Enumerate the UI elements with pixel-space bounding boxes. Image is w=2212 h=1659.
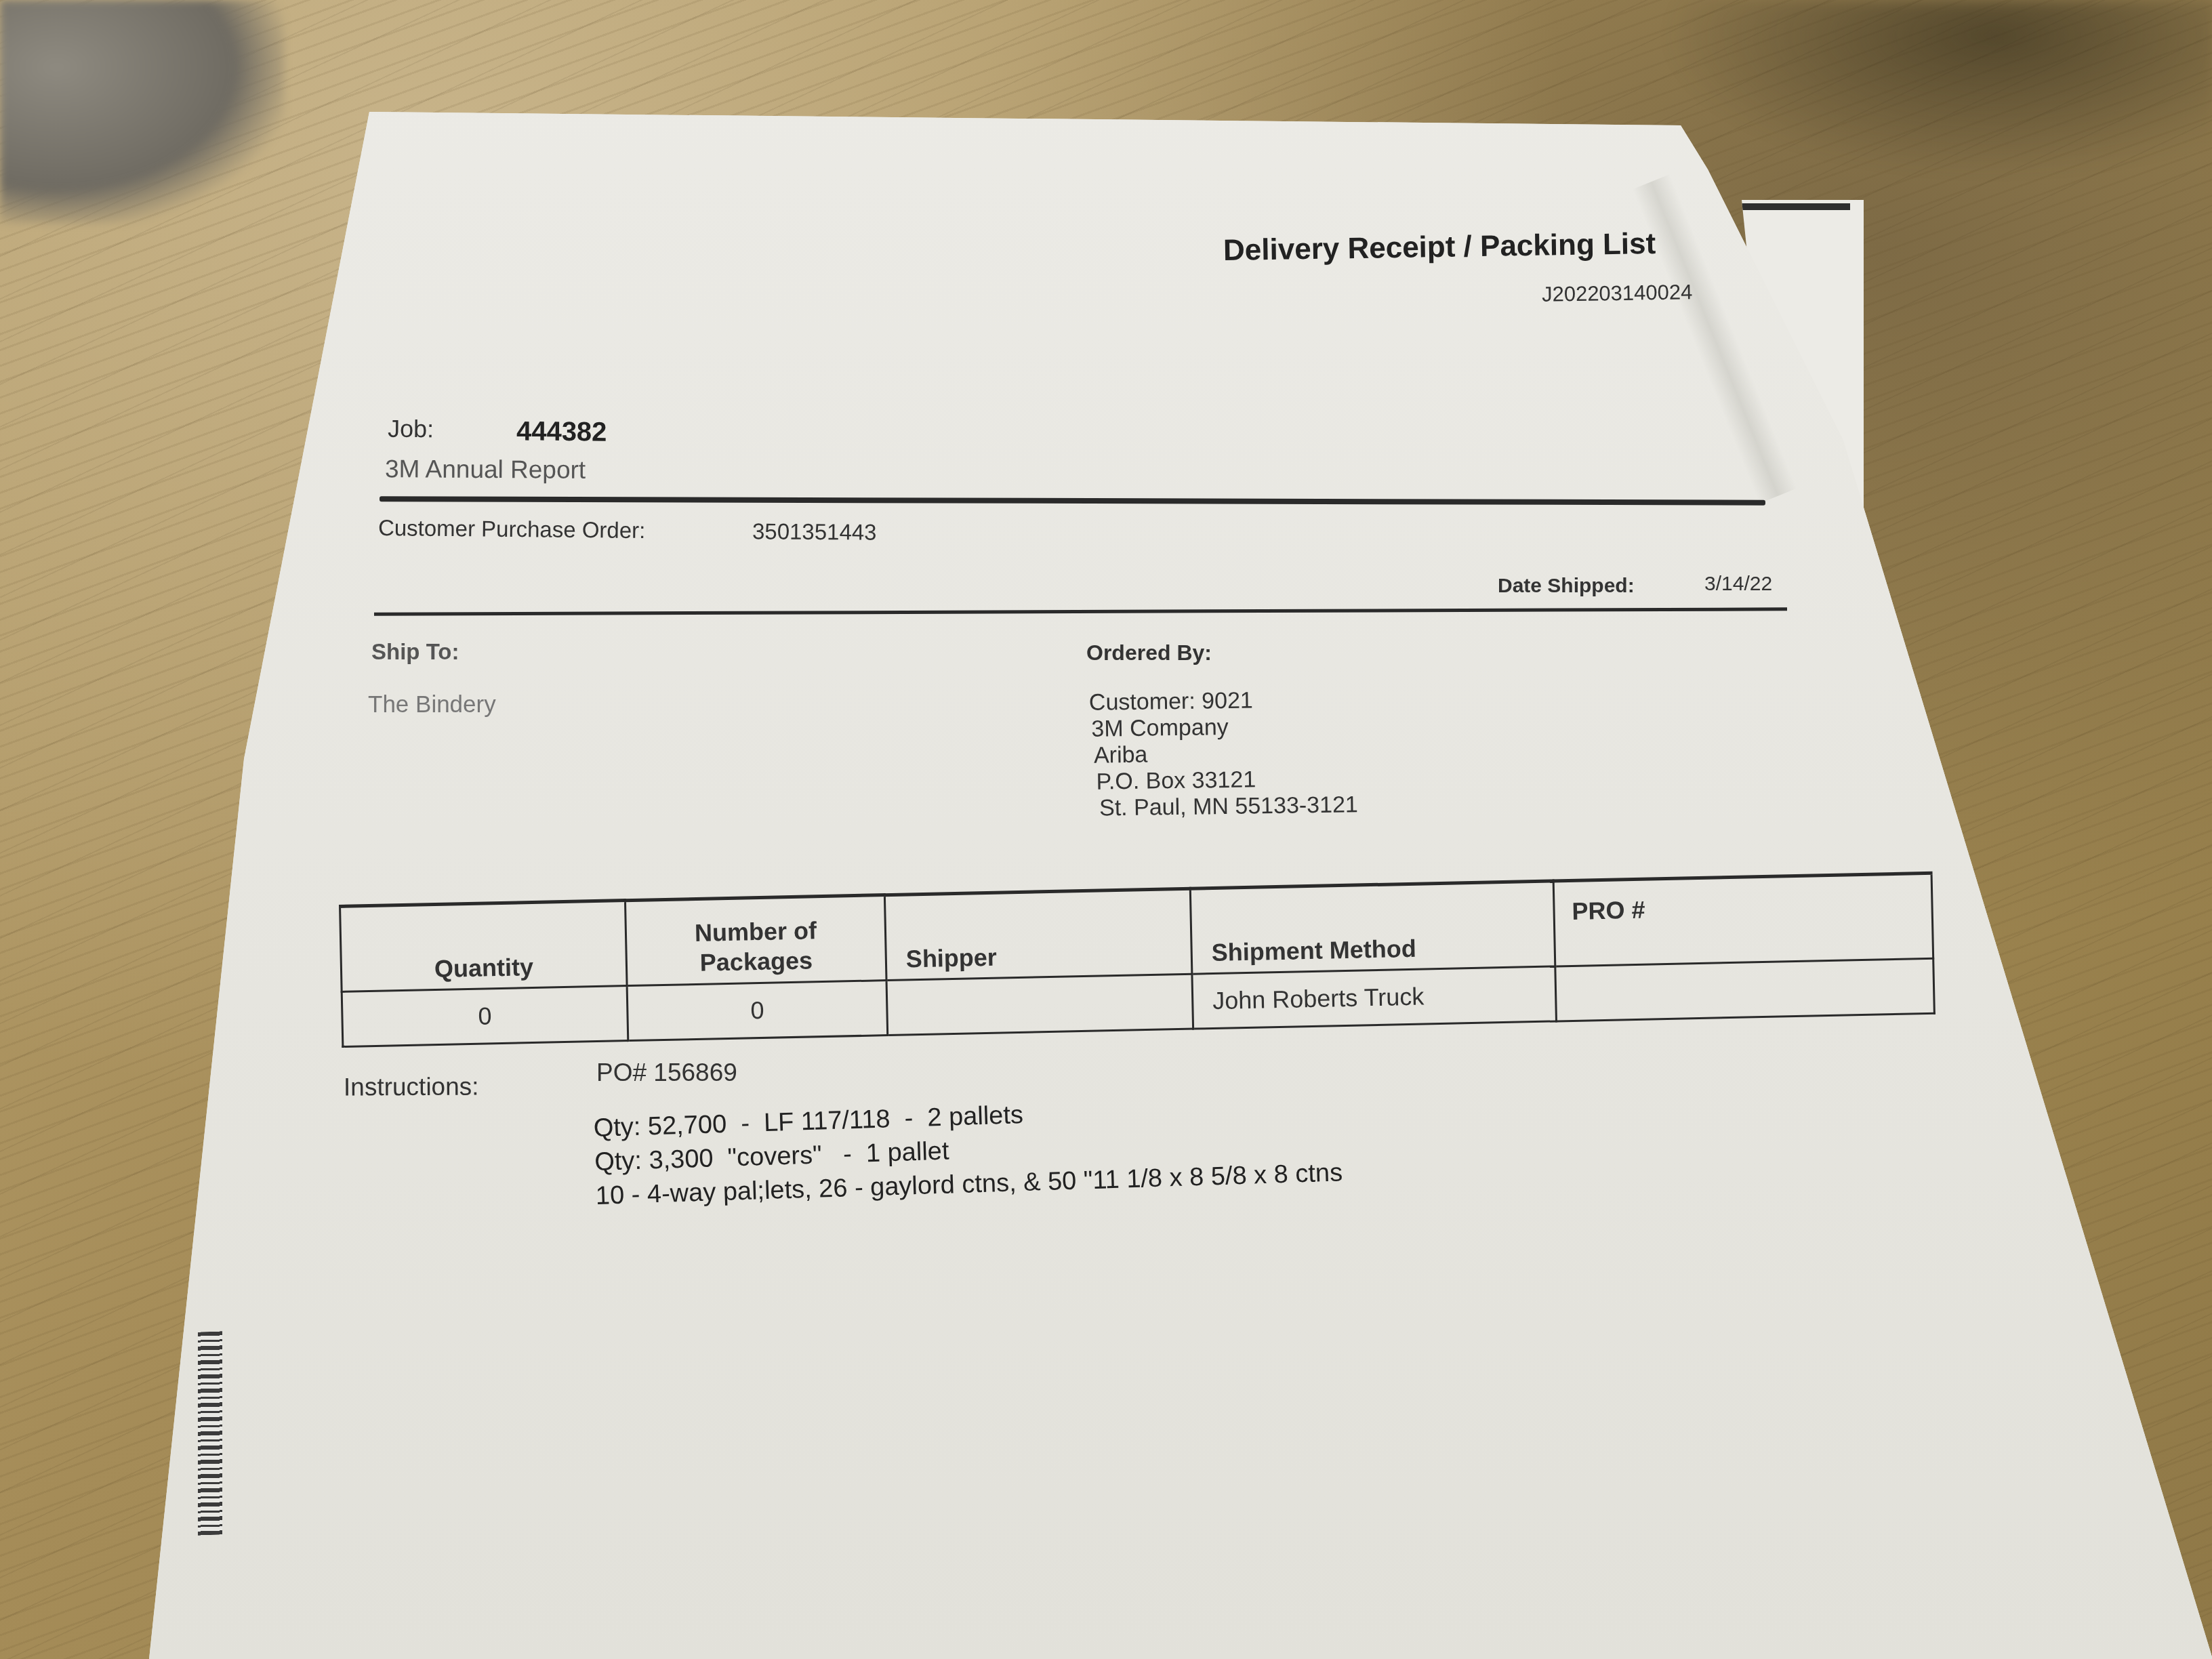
ship-to-name: The Bindery <box>368 691 496 718</box>
header-number-of-packages: Number of Packages <box>625 895 886 986</box>
header-divider <box>380 496 1765 505</box>
job-label: Job: <box>388 415 434 444</box>
instructions-po: PO# 156869 <box>596 1059 737 1087</box>
job-number: 444382 <box>516 416 607 447</box>
date-shipped-value: 3/14/22 <box>1704 573 1772 596</box>
section-divider <box>374 607 1787 615</box>
cell-number-of-packages: 0 <box>627 981 888 1041</box>
cell-quantity: 0 <box>342 986 628 1047</box>
cell-shipment-method: John Roberts Truck <box>1192 966 1557 1029</box>
date-shipped-label: Date Shipped: <box>1498 575 1635 598</box>
header-packages-line2: Packages <box>627 944 885 979</box>
cell-pro-number <box>1555 958 1935 1021</box>
instructions-lines: Qty: 52,700 - LF 117/118 - 2 pallets Qty… <box>593 1088 1343 1213</box>
header-packages-line1: Number of <box>627 914 885 949</box>
ordered-by-label: Ordered By: <box>1086 640 1212 665</box>
header-pro-number: PRO # <box>1553 873 1933 966</box>
instructions-label: Instructions: <box>344 1072 479 1101</box>
header-shipment-method: Shipment Method <box>1190 881 1555 974</box>
ship-to-label: Ship To: <box>371 639 459 665</box>
ordered-by-address: Customer: 9021 3M Company Ariba P.O. Box… <box>1089 686 1358 821</box>
address-line: St. Paul, MN 55133-3121 <box>1090 792 1358 822</box>
address-line: Customer: 9021 <box>1089 686 1357 716</box>
customer-po-value: 3501351443 <box>752 518 877 545</box>
document-title: Delivery Receipt / Packing List <box>1223 227 1656 268</box>
address-line: 3M Company <box>1089 712 1357 743</box>
delivery-receipt: Delivery Receipt / Packing List J2022031… <box>0 0 2212 1659</box>
customer-po-label: Customer Purchase Order: <box>378 515 646 544</box>
document-number: J202203140024 <box>1542 280 1693 306</box>
shipment-table: Quantity Number of Packages Shipper Ship… <box>339 872 1935 1048</box>
cell-shipper <box>886 974 1193 1035</box>
address-line: P.O. Box 33121 <box>1090 765 1357 796</box>
address-line: Ariba <box>1090 739 1357 769</box>
job-description: 3M Annual Report <box>385 455 586 485</box>
header-shipper: Shipper <box>884 888 1192 980</box>
header-quantity: Quantity <box>340 901 628 992</box>
